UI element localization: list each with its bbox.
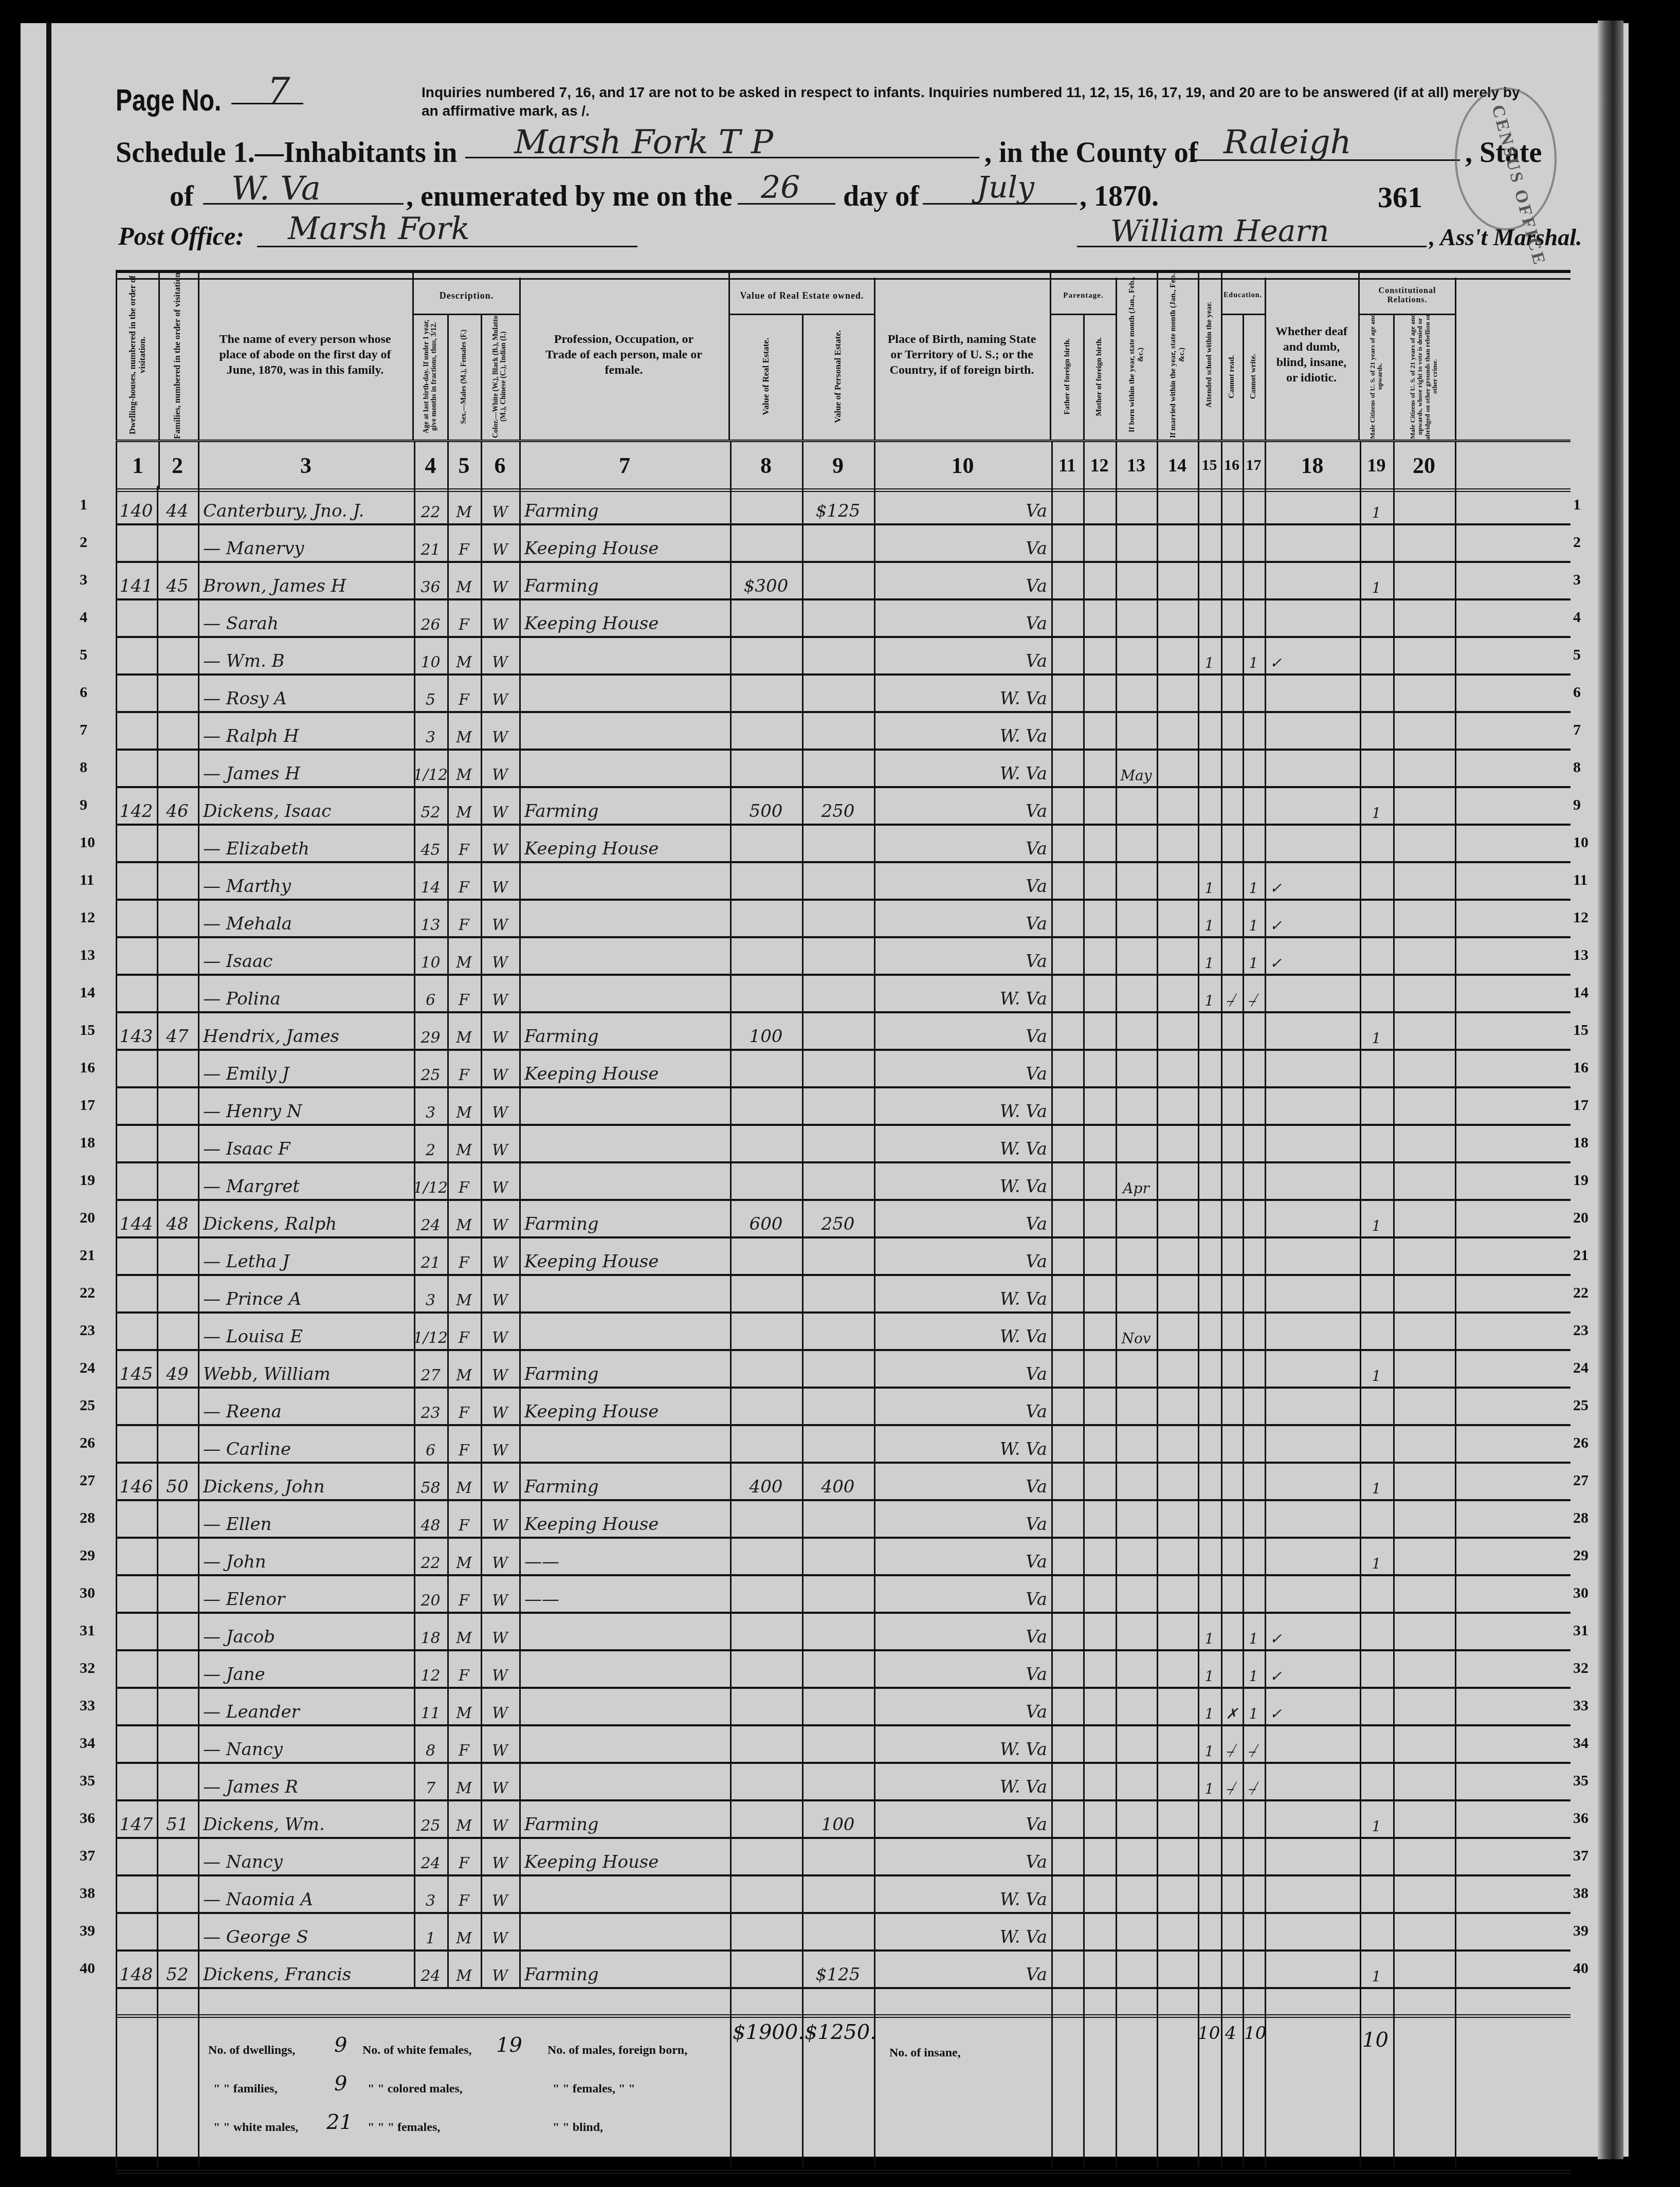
cell-sex: F [447,523,481,561]
cell-attended-school [1198,1011,1221,1049]
cell-family-number [157,1537,198,1574]
cell-cannot-read [1221,1649,1243,1687]
cell-age: 13 [414,899,447,936]
cell-cannot-write [1243,1086,1265,1124]
cell-vote-denied [1393,1799,1455,1837]
cell-personal-estate-value: $125 [802,486,874,523]
cell-cannot-read [1221,749,1243,786]
cell-attended-school [1198,1199,1221,1236]
row-number-right: 26 [1573,1434,1588,1452]
cell-age: 7 [414,1762,447,1799]
cell-father-foreign [1051,1949,1083,1987]
cell-family-number [157,861,198,899]
cell-mother-foreign [1083,1499,1116,1537]
cell-cannot-write: ⧸̶ [1243,974,1265,1011]
cell-born-within-year: Nov [1116,1311,1157,1349]
cell-deaf-blind-insane [1265,749,1360,786]
cell-mother-foreign [1083,1161,1116,1199]
cell-married-within-year [1157,1612,1198,1649]
cell-deaf-blind-insane [1265,523,1360,561]
cell-color: W [481,1762,519,1799]
cell-male-citizen-21 [1360,1574,1393,1612]
cell-male-citizen-21 [1360,523,1393,561]
cell-place-of-birth: Va [874,1537,1051,1574]
cell-married-within-year [1157,974,1198,1011]
cell-married-within-year [1157,636,1198,673]
cell-attended-school [1198,1949,1221,1987]
cell-real-estate-value [730,1799,802,1837]
cell-family-number: 45 [157,561,198,598]
cell-personal-estate-value [802,523,874,561]
col-header-4: Age at last birth-day. If under 1 year, … [414,314,449,440]
cell-person-name: Webb, William [198,1349,414,1387]
row-number-right: 40 [1573,1960,1588,1977]
table-row: — Ralph H3MWW. Va [116,711,1571,751]
cell-place-of-birth: W. Va [874,711,1051,749]
cell-cannot-read [1221,486,1243,523]
cell-sex: F [447,1649,481,1687]
cell-attended-school [1198,1049,1221,1086]
table-row: — James R7MWW. Va1⧸̶⧸̶ [116,1762,1571,1801]
row-number-right: 17 [1573,1097,1588,1114]
row-number-right: 2 [1573,534,1581,551]
cell-cannot-write [1243,523,1265,561]
cell-father-foreign [1051,486,1083,523]
cell-place-of-birth: Va [874,1649,1051,1687]
cell-born-within-year [1116,1762,1157,1799]
cell-person-name: — Leander [198,1687,414,1724]
cell-cannot-read [1221,899,1243,936]
cell-dwelling-number [116,824,157,861]
cell-color: W [481,1912,519,1949]
post-office-underline [257,246,637,247]
col-header-14: If married within the year, state month … [1157,270,1199,440]
cell-place-of-birth: Va [874,1799,1051,1837]
cell-person-name: — George S [198,1912,414,1949]
cell-dwelling-number: 146 [116,1462,157,1499]
cell-family-number [157,523,198,561]
cell-born-within-year [1116,1574,1157,1612]
cell-deaf-blind-insane [1265,486,1360,523]
cell-father-foreign [1051,1161,1083,1199]
cell-sex: M [447,1762,481,1799]
cell-male-citizen-21 [1360,1649,1393,1687]
total-citizens: 10 [1362,2028,1389,2052]
cell-mother-foreign [1083,1687,1116,1724]
cell-born-within-year [1116,861,1157,899]
cell-real-estate-value [730,1912,802,1949]
cell-cannot-read [1221,1837,1243,1874]
col-num-4: 4 [414,442,449,488]
cell-father-foreign [1051,1499,1083,1537]
cell-dwelling-number [116,1574,157,1612]
cell-color: W [481,1387,519,1424]
row-number-left: 27 [80,1472,95,1489]
cell-cannot-read: ⧸̶ [1221,974,1243,1011]
cell-occupation: Farming [519,786,730,824]
cell-sex: M [447,1912,481,1949]
group-education: Education. [1221,278,1266,315]
row-number-left: 39 [80,1922,95,1940]
col-header-7: Profession, Occupation, or Trade of each… [519,270,730,440]
cell-color: W [481,936,519,974]
cell-cannot-write [1243,1199,1265,1236]
cell-married-within-year [1157,561,1198,598]
col-num-13: 13 [1116,442,1158,488]
cell-occupation: Keeping House [519,824,730,861]
cell-occupation [519,1874,730,1912]
cell-family-number [157,936,198,974]
marshal-signature: William Hearn [1110,213,1329,248]
cell-sex: F [447,1724,481,1762]
cell-father-foreign [1051,1086,1083,1124]
cell-mother-foreign [1083,1762,1116,1799]
cell-mother-foreign [1083,936,1116,974]
row-number-right: 11 [1573,871,1587,889]
cell-married-within-year [1157,1949,1198,1987]
cell-married-within-year [1157,1874,1198,1912]
cell-born-within-year [1116,1687,1157,1724]
families-value: 9 [334,2072,347,2095]
table-row: — Leander11MWVa1✗1✓ [116,1687,1571,1726]
cell-family-number: 48 [157,1199,198,1236]
cell-cannot-write: 1 [1243,1612,1265,1649]
cell-real-estate-value [730,673,802,711]
cell-deaf-blind-insane [1265,598,1360,636]
cell-male-citizen-21 [1360,1837,1393,1874]
cell-father-foreign [1051,1537,1083,1574]
cell-occupation [519,974,730,1011]
cell-deaf-blind-insane [1265,673,1360,711]
cell-vote-denied [1393,936,1455,974]
cell-occupation: Farming [519,561,730,598]
col-header-8: Value of Real Estate. [730,314,804,440]
cell-father-foreign [1051,1349,1083,1387]
cell-age: 8 [414,1724,447,1762]
cell-age: 29 [414,1011,447,1049]
cell-attended-school: 1 [1198,1649,1221,1687]
cell-age: 11 [414,1687,447,1724]
cell-color: W [481,861,519,899]
cell-family-number [157,598,198,636]
cell-family-number [157,1161,198,1199]
cell-cannot-read [1221,824,1243,861]
cell-real-estate-value [730,936,802,974]
row-number-left: 6 [80,684,87,701]
cell-male-citizen-21 [1360,1274,1393,1311]
cell-age: 6 [414,1424,447,1462]
cell-color: W [481,1724,519,1762]
row-number-left: 25 [80,1397,95,1414]
row-number-right: 28 [1573,1509,1588,1527]
cell-cannot-read [1221,1424,1243,1462]
cell-born-within-year [1116,1537,1157,1574]
cell-cannot-read [1221,1236,1243,1274]
table-row: — Henry N3MWW. Va [116,1086,1571,1126]
cell-male-citizen-21 [1360,1311,1393,1349]
cell-color: W [481,523,519,561]
cell-color: W [481,1462,519,1499]
cell-male-citizen-21 [1360,673,1393,711]
cell-deaf-blind-insane: ✓ [1265,1687,1360,1724]
group-real-estate: Value of Real Estate owned. [730,278,875,315]
cell-real-estate-value: 600 [730,1199,802,1236]
cell-deaf-blind-insane [1265,1011,1360,1049]
cell-cannot-read [1221,673,1243,711]
cell-male-citizen-21 [1360,1874,1393,1912]
cell-occupation: Keeping House [519,1499,730,1537]
cell-mother-foreign [1083,1724,1116,1762]
table-row: 14246Dickens, Isaac52MWFarming500250Va1 [116,786,1571,826]
cell-vote-denied [1393,1462,1455,1499]
cell-vote-denied [1393,861,1455,899]
total-personal-estate: $1250. [805,2020,876,2044]
cell-dwelling-number [116,1912,157,1949]
row-number-right: 1 [1573,496,1581,514]
col-num-14: 14 [1157,442,1199,488]
cell-born-within-year [1116,1874,1157,1912]
cell-cannot-read [1221,936,1243,974]
cell-sex: F [447,899,481,936]
cell-age: 1 [414,1912,447,1949]
cell-mother-foreign [1083,824,1116,861]
cell-real-estate-value [730,824,802,861]
cell-age: 1/12 [414,1311,447,1349]
cell-vote-denied [1393,1499,1455,1537]
cell-dwelling-number [116,598,157,636]
cell-sex: F [447,1874,481,1912]
cell-father-foreign [1051,1236,1083,1274]
cell-person-name: — Ralph H [198,711,414,749]
cell-male-citizen-21 [1360,1724,1393,1762]
cell-age: 24 [414,1949,447,1987]
cell-cannot-write [1243,1837,1265,1874]
row-number-right: 16 [1573,1059,1588,1077]
cell-occupation: Keeping House [519,1049,730,1086]
table-row: 14650Dickens, John58MWFarming400400Va1 [116,1462,1571,1501]
cell-family-number: 51 [157,1799,198,1837]
cell-born-within-year [1116,598,1157,636]
cell-vote-denied [1393,561,1455,598]
cell-cannot-write [1243,673,1265,711]
cell-dwelling-number [116,1274,157,1311]
cell-mother-foreign [1083,1912,1116,1949]
cell-father-foreign [1051,1311,1083,1349]
row-number-left: 18 [80,1134,95,1152]
cell-place-of-birth: Va [874,1236,1051,1274]
day-of-label: day of [843,180,919,213]
cell-cannot-write [1243,1236,1265,1274]
row-number-right: 20 [1573,1209,1588,1227]
month-underline [923,203,1077,205]
table-row: — Mehala13FWVa11✓ [116,899,1571,938]
cell-place-of-birth: W. Va [874,749,1051,786]
cell-person-name: — James H [198,749,414,786]
month-value: July [977,170,1034,205]
cell-occupation: Farming [519,1011,730,1049]
cell-sex: M [447,711,481,749]
cell-father-foreign [1051,1837,1083,1874]
cell-mother-foreign [1083,974,1116,1011]
cell-male-citizen-21 [1360,1424,1393,1462]
row-number-right: 30 [1573,1584,1588,1602]
cell-age: 36 [414,561,447,598]
cell-occupation [519,1311,730,1349]
cell-occupation: —— [519,1574,730,1612]
county-value: Raleigh [1224,123,1352,161]
cell-color: W [481,1649,519,1687]
row-number-left: 22 [80,1284,95,1302]
col-header-10: Place of Birth, naming State or Territor… [874,270,1051,440]
col-num-20: 20 [1393,442,1456,488]
cell-person-name: — Mehala [198,899,414,936]
row-number-left: 35 [80,1772,95,1790]
cell-male-citizen-21 [1360,1387,1393,1424]
cell-cannot-read [1221,1011,1243,1049]
cell-cannot-read [1221,636,1243,673]
table-row: — Letha J21FWKeeping HouseVa [116,1236,1571,1276]
cell-deaf-blind-insane: ✓ [1265,861,1360,899]
cell-dwelling-number [116,1049,157,1086]
cell-real-estate-value [730,1724,802,1762]
row-number-left: 16 [80,1059,95,1077]
col-num-18: 18 [1265,442,1361,488]
cell-family-number [157,1236,198,1274]
cell-mother-foreign [1083,1199,1116,1236]
row-number-right: 32 [1573,1660,1588,1677]
cell-male-citizen-21 [1360,1049,1393,1086]
row-number-right: 21 [1573,1247,1588,1264]
cell-vote-denied [1393,786,1455,824]
cell-cannot-write: ⧸̶ [1243,1724,1265,1762]
cell-father-foreign [1051,1462,1083,1499]
cell-cannot-write [1243,1011,1265,1049]
cell-dwelling-number [116,1762,157,1799]
cell-person-name: — Louisa E [198,1311,414,1349]
cell-father-foreign [1051,1649,1083,1687]
county-label: , in the County of [984,136,1198,169]
row-number-right: 33 [1573,1697,1588,1715]
cell-male-citizen-21: 1 [1360,561,1393,598]
cell-color: W [481,1349,519,1387]
cell-mother-foreign [1083,673,1116,711]
cell-dwelling-number [116,936,157,974]
cell-deaf-blind-insane [1265,1949,1360,1987]
col-header-19: Male Citizens of U. S. of 21 years of ag… [1360,314,1395,440]
row-number-left: 36 [80,1810,95,1827]
cell-person-name: — Margret [198,1161,414,1199]
cell-deaf-blind-insane: ✓ [1265,936,1360,974]
cell-color: W [481,1949,519,1987]
cell-family-number [157,1574,198,1612]
cell-personal-estate-value [802,561,874,598]
cell-occupation: Farming [519,1349,730,1387]
cell-married-within-year [1157,1236,1198,1274]
cell-sex: M [447,786,481,824]
cell-cannot-read [1221,1874,1243,1912]
cell-place-of-birth: Va [874,1462,1051,1499]
cell-personal-estate-value [802,1011,874,1049]
cell-mother-foreign [1083,1086,1116,1124]
sheet-number: 361 [1378,180,1422,214]
cell-personal-estate-value [802,636,874,673]
cell-mother-foreign [1083,1274,1116,1311]
cell-married-within-year [1157,824,1198,861]
table-row: — Isaac F2MWW. Va [116,1124,1571,1163]
cell-color: W [481,1236,519,1274]
cell-person-name: Dickens, Wm. [198,1799,414,1837]
cell-dwelling-number [116,711,157,749]
row-number-right: 13 [1573,946,1588,964]
table-row: — Elenor20FW——Va [116,1574,1571,1614]
cell-age: 18 [414,1612,447,1649]
cell-born-within-year [1116,786,1157,824]
cell-color: W [481,1199,519,1236]
cell-person-name: — Isaac [198,936,414,974]
cell-personal-estate-value [802,1311,874,1349]
cell-cannot-write: ⧸̶ [1243,1762,1265,1799]
cell-male-citizen-21: 1 [1360,1799,1393,1837]
cell-color: W [481,1274,519,1311]
cell-cannot-read [1221,1274,1243,1311]
of-label: of [170,180,194,213]
cell-married-within-year [1157,1311,1198,1349]
row-number-right: 38 [1573,1885,1588,1902]
cell-cannot-write [1243,711,1265,749]
col-num-11: 11 [1051,442,1085,488]
row-number-left: 11 [80,871,94,889]
cell-age: 27 [414,1349,447,1387]
cell-cannot-write: 1 [1243,899,1265,936]
cell-place-of-birth: Va [874,936,1051,974]
row-number-right: 37 [1573,1847,1588,1865]
cell-cannot-write: 1 [1243,1649,1265,1687]
cell-personal-estate-value: 250 [802,786,874,824]
cell-cannot-read: ✗ [1221,1687,1243,1724]
cell-dwelling-number: 142 [116,786,157,824]
cell-vote-denied [1393,598,1455,636]
cell-deaf-blind-insane [1265,1462,1360,1499]
cell-real-estate-value: 100 [730,1011,802,1049]
cell-occupation [519,1274,730,1311]
cell-born-within-year [1116,1949,1157,1987]
cell-personal-estate-value [802,1649,874,1687]
cell-personal-estate-value [802,1387,874,1424]
cell-mother-foreign [1083,711,1116,749]
cell-deaf-blind-insane [1265,1874,1360,1912]
row-number-right: 29 [1573,1547,1588,1564]
cell-color: W [481,749,519,786]
cell-color: W [481,1161,519,1199]
cell-color: W [481,636,519,673]
cell-personal-estate-value [802,1499,874,1537]
cell-cannot-read [1221,1349,1243,1387]
cell-vote-denied [1393,1161,1455,1199]
cell-personal-estate-value [802,936,874,974]
cell-place-of-birth: Va [874,1199,1051,1236]
cell-family-number [157,1649,198,1687]
cell-attended-school [1198,1837,1221,1874]
cell-real-estate-value [730,1349,802,1387]
cell-personal-estate-value [802,1537,874,1574]
cell-male-citizen-21 [1360,1086,1393,1124]
cell-real-estate-value: $300 [730,561,802,598]
cell-cannot-read [1221,1124,1243,1161]
summary-footer: No. of dwellings, 9 No. of white females… [116,2014,1571,2174]
cell-male-citizen-21: 1 [1360,1349,1393,1387]
cell-cannot-write [1243,1499,1265,1537]
cell-mother-foreign [1083,1574,1116,1612]
